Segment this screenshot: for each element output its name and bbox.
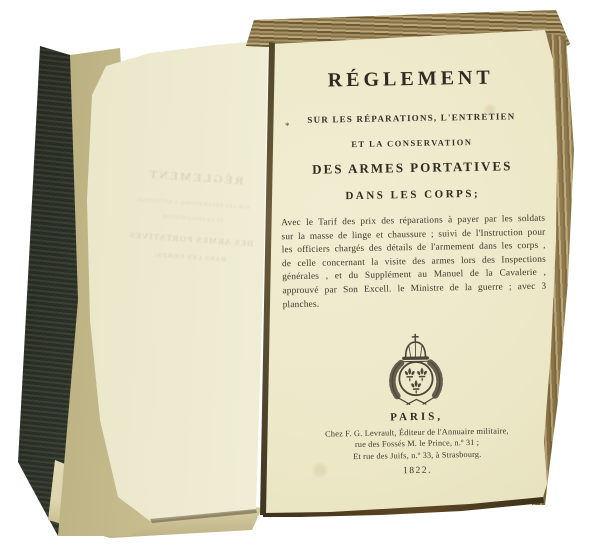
subtitle-line-4: DANS LES CORPS;: [281, 187, 545, 204]
ghost-subtitle-3: DES ARMES PORTATIVES: [105, 228, 277, 250]
fleur-de-lis-icon: [405, 367, 427, 394]
imprint-address-2: Et rue des Juifs, n.º 33, à Strasbourg.: [285, 448, 549, 462]
imprint-city: PARIS,: [285, 408, 549, 425]
book-photo: RÉGLEMENT SUR LES RÉPARATIONS, L'ENTRETI…: [0, 0, 600, 544]
ghost-subtitle-2: ET LA CONSERVATION: [107, 211, 279, 228]
page-showthrough-text: RÉGLEMENT SUR LES RÉPARATIONS, L'ENTRETI…: [98, 164, 281, 346]
ghost-subtitle-4: DANS LES CORPS;: [104, 248, 276, 267]
summary-paragraph: Avec le Tarif des prix des réparations à…: [281, 213, 547, 326]
royal-arms-vignette: [283, 330, 548, 411]
book-title: RÉGLEMENT: [279, 66, 543, 94]
subtitle-line-3: DES ARMES PORTATIVES: [280, 158, 544, 179]
title-page-text: RÉGLEMENT SUR LES RÉPARATIONS, L'ENTRETI…: [278, 54, 549, 478]
ghost-subtitle-1: SUR LES RÉPARATIONS, L'ENTRETIEN: [108, 195, 280, 213]
subtitle-line-2: ET LA CONSERVATION: [280, 136, 544, 151]
royal-arms-emblem-icon: [372, 332, 459, 409]
subtitle-line-1: SUR LES RÉPARATIONS, L'ENTRETIEN: [279, 111, 543, 126]
